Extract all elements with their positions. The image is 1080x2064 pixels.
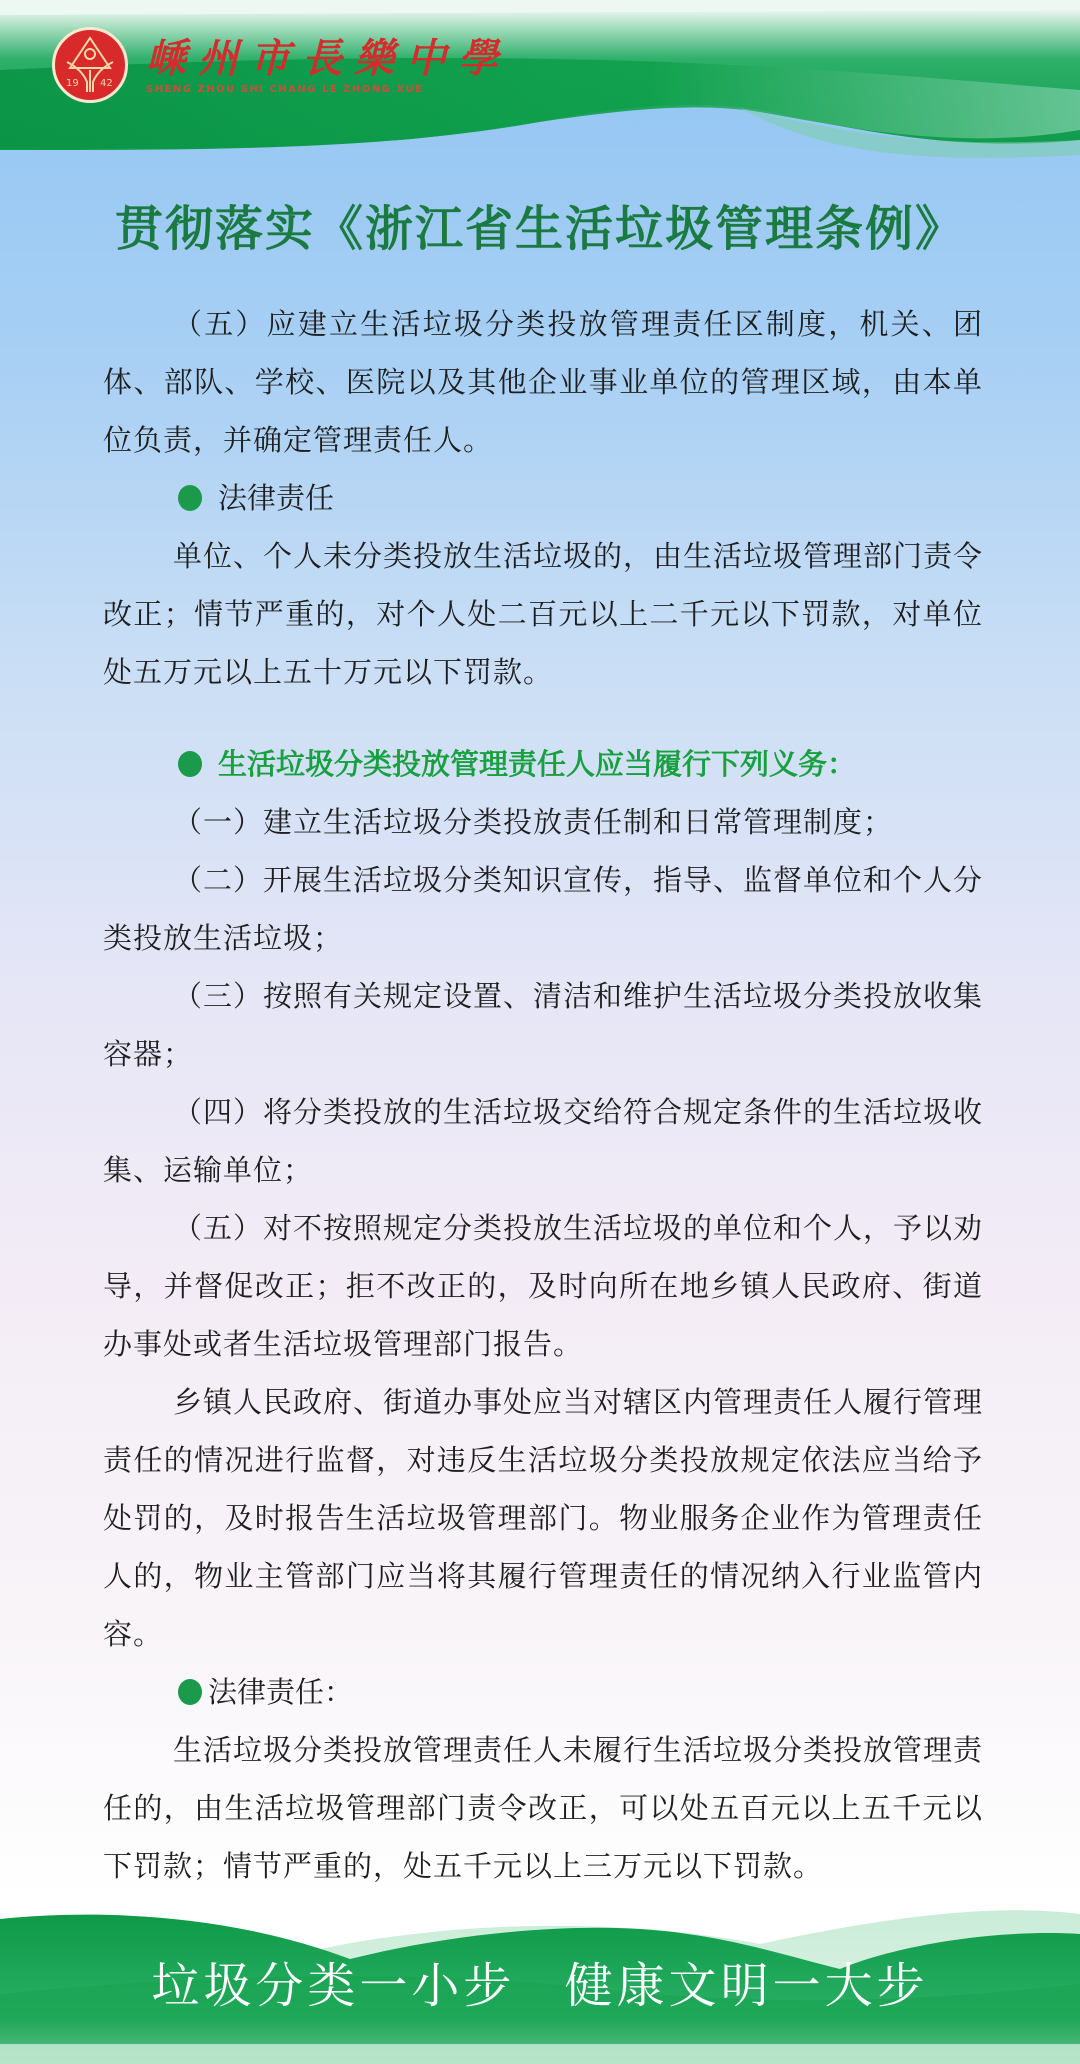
duty-item: （一）建立生活垃圾分类投放责任制和日常管理制度； (103, 793, 983, 851)
svg-text:42: 42 (100, 78, 113, 89)
duty-item: （五）对不按照规定分类投放生活垃圾的单位和个人，予以劝导，并督促改正；拒不改正的… (103, 1199, 983, 1373)
duty-item: （二）开展生活垃圾分类知识宣传，指导、监督单位和个人分类投放生活垃圾； (103, 851, 983, 967)
intro-paragraph: （五）应建立生活垃圾分类投放管理责任区制度，机关、团体、部队、学校、医院以及其他… (103, 295, 983, 469)
bullet-dot-icon (178, 1679, 202, 1705)
school-name-pinyin: SHENG ZHOU SHI CHANG LE ZHONG XUE (146, 84, 510, 95)
legal-liability-heading-1: 法律责任 (103, 469, 983, 527)
school-name: 嵊州市長樂中學 (146, 36, 510, 82)
duty-item: （三）按照有关规定设置、清洁和维护生活垃圾分类投放收集容器； (103, 967, 983, 1083)
page-title: 贯彻落实《浙江省生活垃圾管理条例》 (0, 190, 1080, 259)
footer-slogan: 垃圾分类一小步 健康文明一大步 (0, 1947, 1080, 2016)
legal-liability-text-2: 生活垃圾分类投放管理责任人未履行生活垃圾分类投放管理责任的，由生活垃圾管理部门责… (103, 1721, 983, 1895)
svg-text:19: 19 (66, 78, 79, 89)
legal-liability-heading-2: 法律责任： (103, 1663, 983, 1721)
supervision-paragraph: 乡镇人民政府、街道办事处应当对辖区内管理责任人履行管理责任的情况进行监督，对违反… (103, 1373, 983, 1663)
duty-item: （四）将分类投放的生活垃圾交给符合规定条件的生活垃圾收集、运输单位； (103, 1083, 983, 1199)
bullet-dot-icon (178, 751, 202, 777)
legal-liability-text-1: 单位、个人未分类投放生活垃圾的，由生活垃圾管理部门责令改正；情节严重的，对个人处… (103, 527, 983, 701)
duties-heading: 生活垃圾分类投放管理责任人应当履行下列义务： (103, 735, 983, 793)
document-body: （五）应建立生活垃圾分类投放管理责任区制度，机关、团体、部队、学校、医院以及其他… (103, 295, 983, 1895)
bullet-dot-icon (178, 485, 202, 511)
school-logo: 19 42 嵊州市長樂中學 SHENG ZHOU SHI CHANG LE ZH… (52, 27, 510, 103)
school-emblem-icon: 19 42 (52, 27, 128, 103)
